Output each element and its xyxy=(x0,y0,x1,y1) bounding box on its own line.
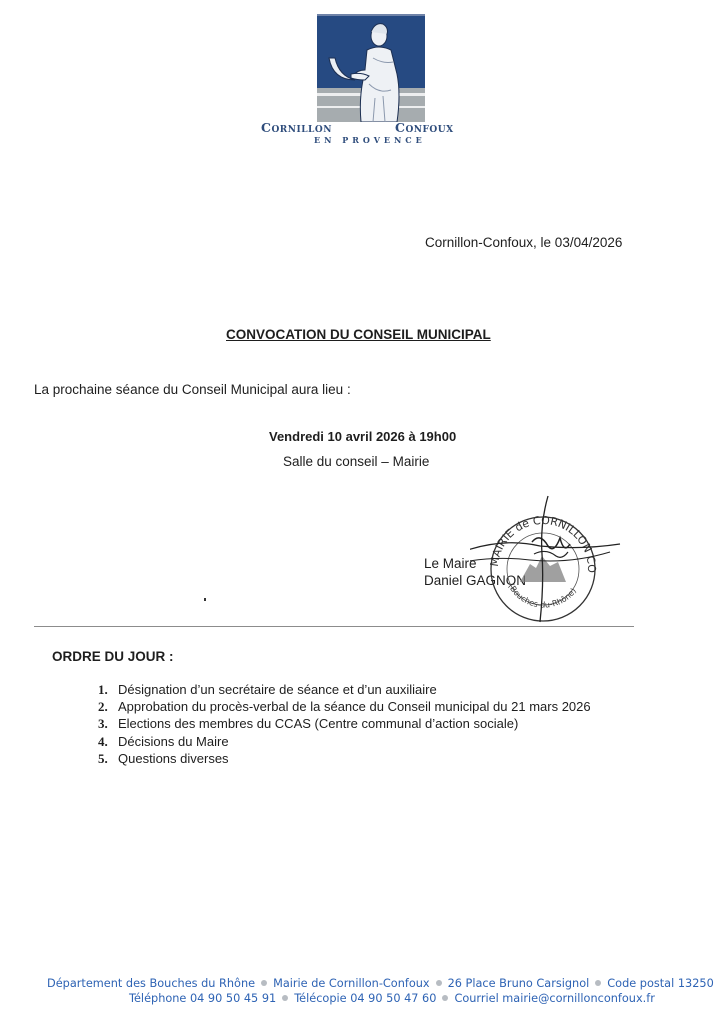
municipality-logo: Cornillon Confoux EN PROVENCE xyxy=(258,14,464,146)
footer-contact-line: Téléphone 04 90 50 45 91Télécopie 04 90 … xyxy=(129,992,655,1005)
agenda-item-number: 5. xyxy=(98,750,108,767)
document-title: CONVOCATION DU CONSEIL MUNICIPAL xyxy=(226,327,491,342)
agenda-item-label: Questions diverses xyxy=(118,751,229,766)
section-divider xyxy=(34,626,634,627)
logo-name-left: Cornillon xyxy=(261,120,332,135)
meeting-place: Salle du conseil – Mairie xyxy=(283,454,429,469)
footer-email: Courriel mairie@cornillonconfoux.fr xyxy=(454,992,654,1005)
footer-fax: Télécopie 04 90 50 47 60 xyxy=(294,992,436,1005)
footer-phone: Téléphone 04 90 50 45 91 xyxy=(129,992,276,1005)
bullet-icon xyxy=(595,980,601,986)
bullet-icon xyxy=(442,995,448,1001)
goddess-figure-icon xyxy=(317,14,425,122)
official-stamp-and-signature: MAIRIE de CORNILLON CONFOUX (Bouches-du-… xyxy=(470,494,630,629)
footer-street: 26 Place Bruno Carsignol xyxy=(448,977,590,990)
agenda-item-number: 1. xyxy=(98,681,108,698)
signer-role: Le Maire xyxy=(424,556,477,571)
agenda-item-number: 4. xyxy=(98,733,108,750)
agenda-title: ORDRE DU JOUR : xyxy=(52,649,174,664)
agenda-item-label: Approbation du procès-verbal de la séanc… xyxy=(118,699,591,714)
footer-town-hall: Mairie de Cornillon-Confoux xyxy=(273,977,430,990)
footer-address-line: Département des Bouches du RhôneMairie d… xyxy=(47,977,714,990)
intro-text: La prochaine séance du Conseil Municipal… xyxy=(34,382,351,397)
footer-department: Département des Bouches du Rhône xyxy=(47,977,255,990)
agenda-item: 2. Approbation du procès-verbal de la sé… xyxy=(98,698,591,715)
meeting-datetime: Vendredi 10 avril 2026 à 19h00 xyxy=(269,429,456,444)
agenda-item-label: Désignation d’un secrétaire de séance et… xyxy=(118,682,437,697)
place-and-date: Cornillon-Confoux, le 03/04/2026 xyxy=(425,235,622,250)
scan-speck xyxy=(204,598,206,601)
bullet-icon xyxy=(436,980,442,986)
agenda-item: 5. Questions diverses xyxy=(98,750,591,767)
logo-name-right: Confoux xyxy=(395,120,454,135)
agenda-item: 1. Désignation d’un secrétaire de séance… xyxy=(98,681,591,698)
logo-emblem xyxy=(317,14,425,122)
svg-text:MAIRIE de CORNILLON CONFOUX: MAIRIE de CORNILLON CONFOUX xyxy=(470,494,598,573)
agenda-item: 3. Elections des membres du CCAS (Centre… xyxy=(98,715,591,732)
agenda-item-label: Décisions du Maire xyxy=(118,734,229,749)
bullet-icon xyxy=(261,980,267,986)
bullet-icon xyxy=(282,995,288,1001)
agenda-item-number: 3. xyxy=(98,715,108,732)
agenda-item-number: 2. xyxy=(98,698,108,715)
agenda-item-label: Elections des membres du CCAS (Centre co… xyxy=(118,716,518,731)
footer-postcode: Code postal 13250 xyxy=(607,977,714,990)
agenda-item: 4. Décisions du Maire xyxy=(98,733,591,750)
logo-subtitle: EN PROVENCE xyxy=(314,135,426,145)
agenda-list: 1. Désignation d’un secrétaire de séance… xyxy=(98,681,591,767)
